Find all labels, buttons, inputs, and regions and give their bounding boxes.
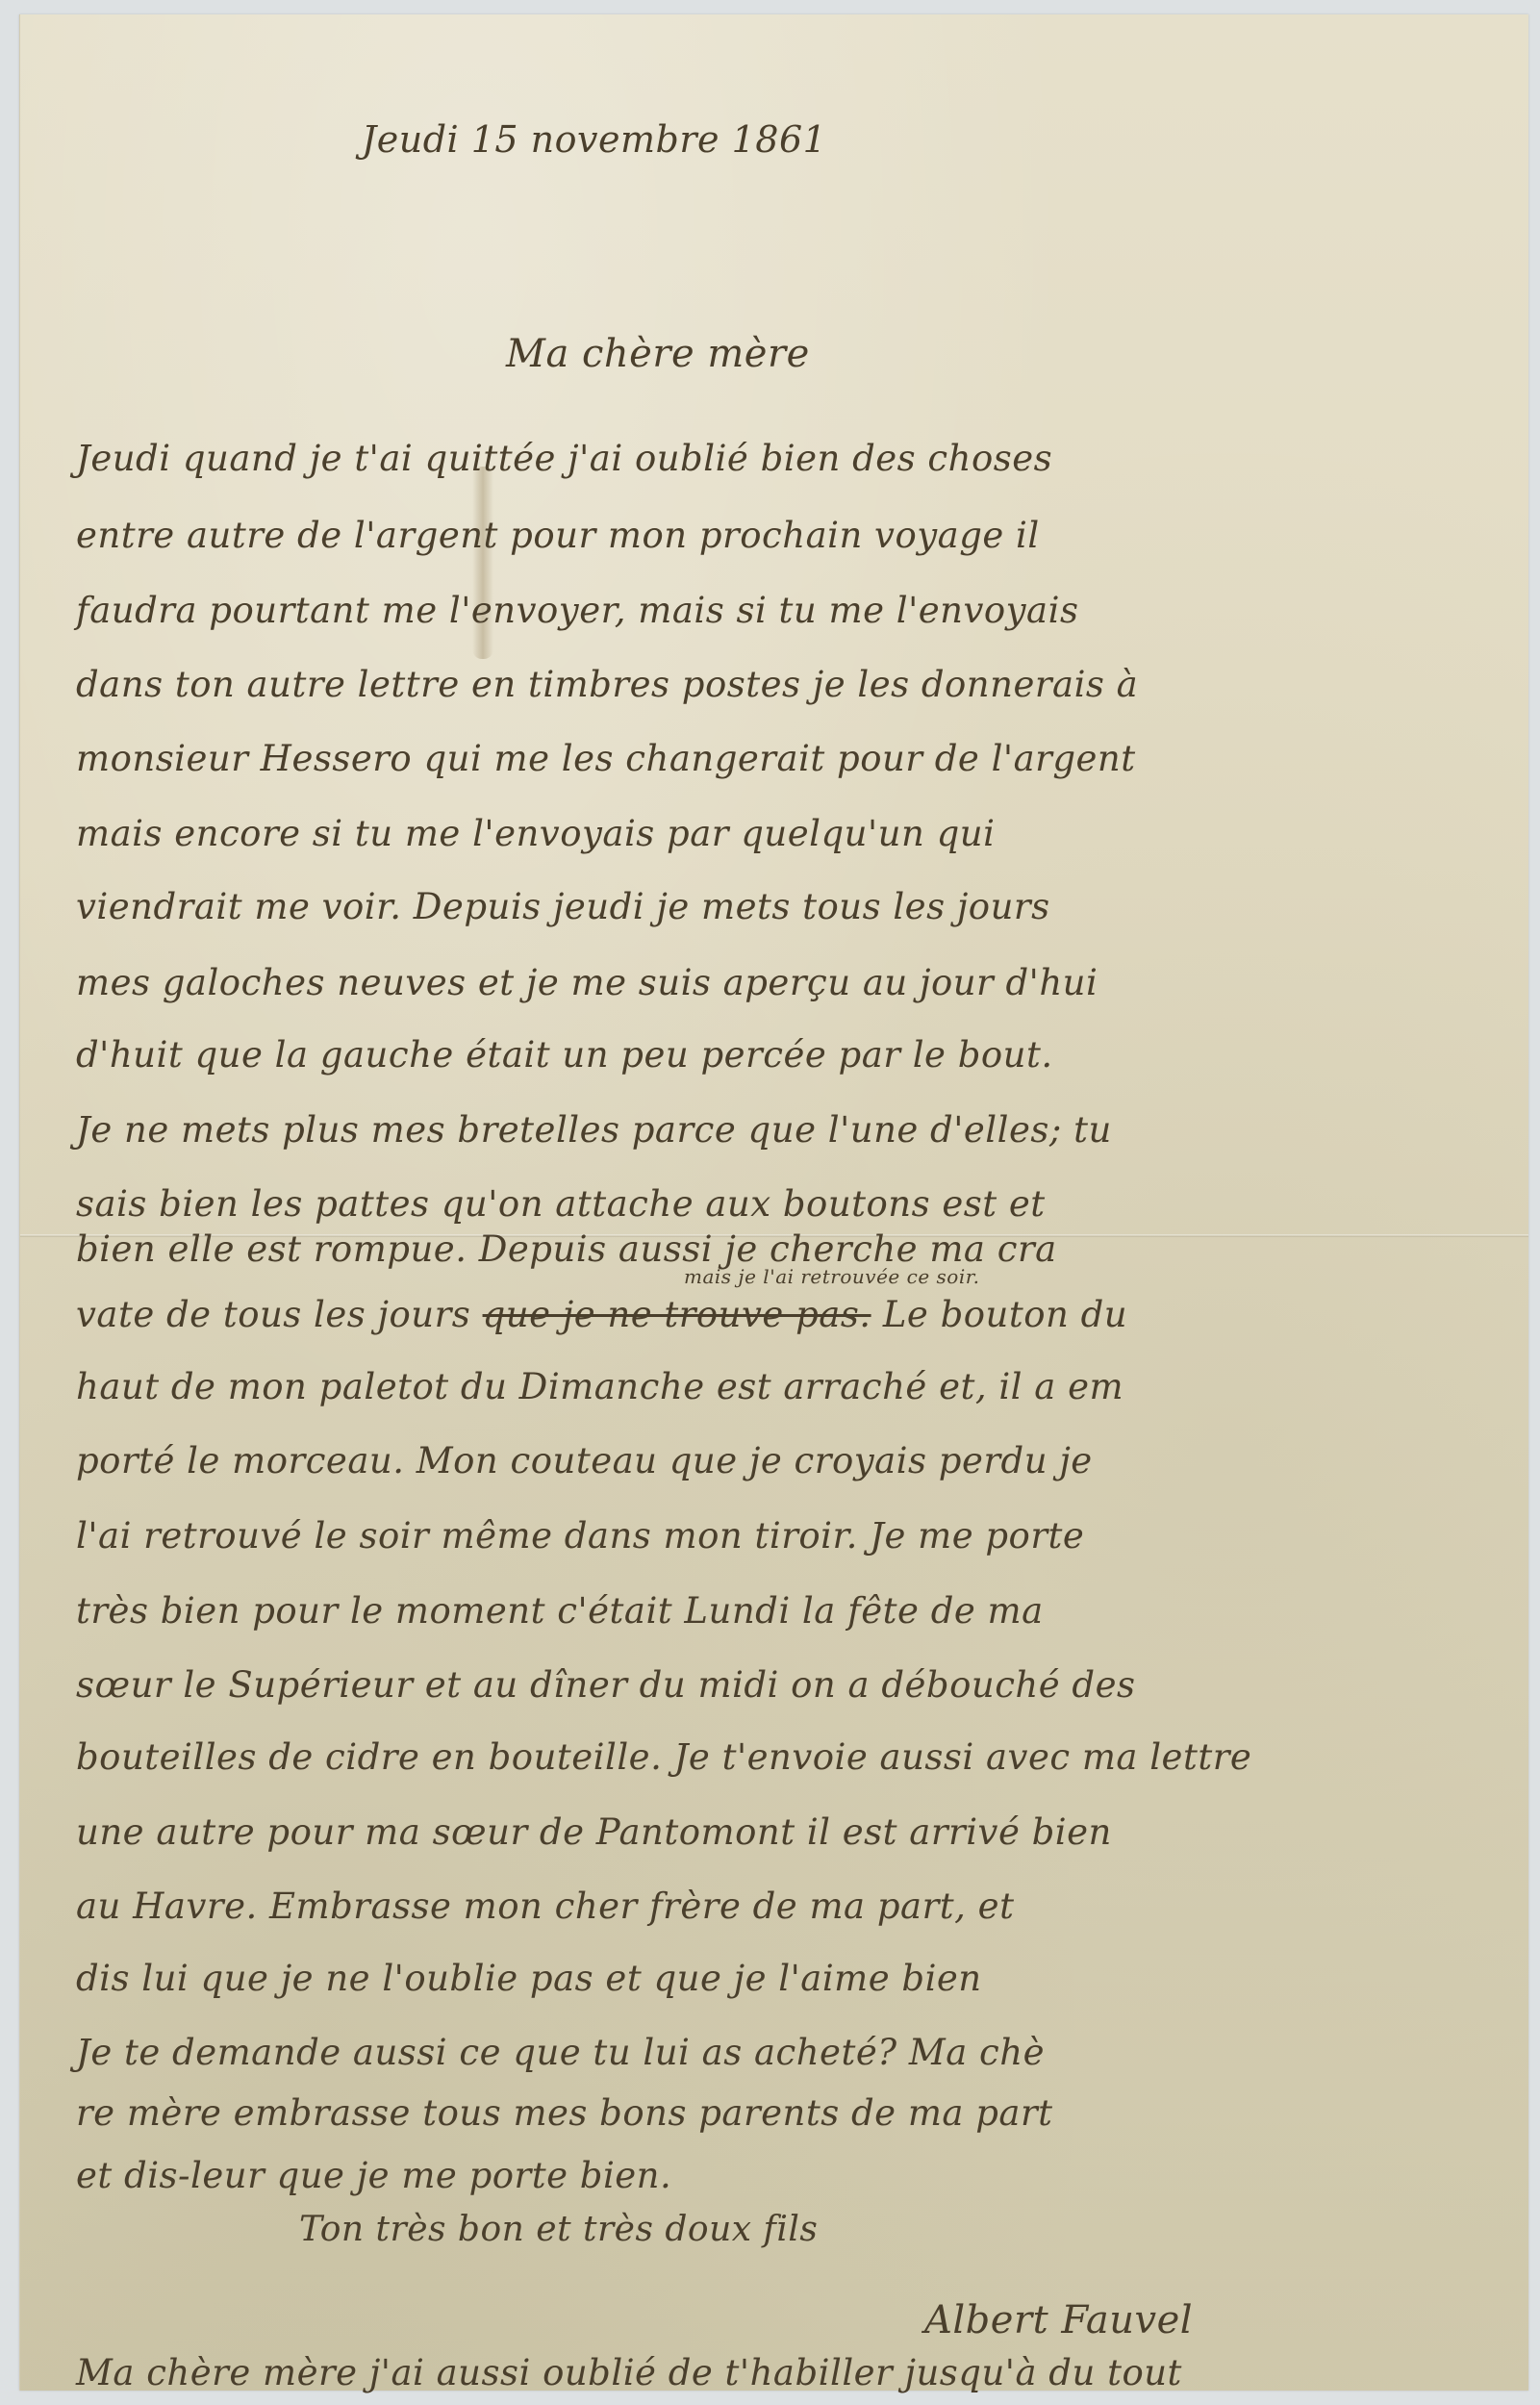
body-line: viendrait me voir. Depuis jeudi je mets … xyxy=(76,886,1050,927)
letter-date: Jeudi 15 novembre 1861 xyxy=(362,118,826,161)
body-line: bien elle est rompue. Depuis aussi je ch… xyxy=(76,1228,1057,1270)
body-line: très bien pour le moment c'était Lundi l… xyxy=(76,1590,1044,1632)
body-line: porté le morceau. Mon couteau que je cro… xyxy=(76,1440,1093,1481)
body-line: mes galoches neuves et je me suis aperçu… xyxy=(76,962,1098,1003)
body-line: sœur le Supérieur et au dîner du midi on… xyxy=(76,1664,1135,1706)
struck-text: que je ne trouve pas. xyxy=(483,1294,871,1335)
body-line: re mère embrasse tous mes bons parents d… xyxy=(76,2092,1053,2134)
body-line: et dis-leur que je me porte bien. xyxy=(76,2155,671,2196)
body-line-continuation: Le bouton du xyxy=(883,1294,1127,1335)
body-line: haut de mon paletot du Dimanche est arra… xyxy=(76,1366,1123,1407)
body-line: monsieur Hessero qui me les changerait p… xyxy=(76,738,1136,779)
body-line: bouteilles de cidre en bouteille. Je t'e… xyxy=(76,1736,1251,1778)
body-line: entre autre de l'argent pour mon prochai… xyxy=(76,515,1040,556)
body-line: Je te demande aussi ce que tu lui as ach… xyxy=(76,2032,1045,2073)
body-line: faudra pourtant me l'envoyer, mais si tu… xyxy=(76,590,1078,631)
body-line: d'huit que la gauche était un peu percée… xyxy=(76,1034,1053,1076)
body-line: mais encore si tu me l'envoyais par quel… xyxy=(76,813,995,854)
body-line: au Havre. Embrasse mon cher frère de ma … xyxy=(76,1886,1014,1927)
body-line: Je ne mets plus mes bretelles parce que … xyxy=(76,1109,1112,1151)
body-line: Jeudi quand je t'ai quittée j'ai oublié … xyxy=(76,438,1052,479)
body-line-text: vate de tous les jours xyxy=(76,1294,470,1335)
inserted-correction: mais je l'ai retrouvée ce soir. xyxy=(684,1265,979,1288)
body-line: l'ai retrouvé le soir même dans mon tiro… xyxy=(76,1515,1084,1557)
letter-closing: Ton très bon et très doux fils xyxy=(299,2210,818,2249)
letter-paper: Jeudi 15 novembre 1861 Ma chère mère Jeu… xyxy=(19,14,1528,2391)
letter-signature: Albert Fauvel xyxy=(924,2298,1193,2342)
body-line: sais bien les pattes qu'on attache aux b… xyxy=(76,1183,1046,1225)
letter-postscript: Ma chère mère j'ai aussi oublié de t'hab… xyxy=(76,2352,1182,2393)
body-line: dis lui que je ne l'oublie pas et que je… xyxy=(76,1958,982,1999)
body-line: vate de tous les jours que je ne trouve … xyxy=(76,1294,1127,1335)
letter-salutation: Ma chère mère xyxy=(506,332,810,376)
body-line: une autre pour ma sœur de Pantomont il e… xyxy=(76,1811,1112,1853)
body-line: dans ton autre lettre en timbres postes … xyxy=(76,664,1138,705)
